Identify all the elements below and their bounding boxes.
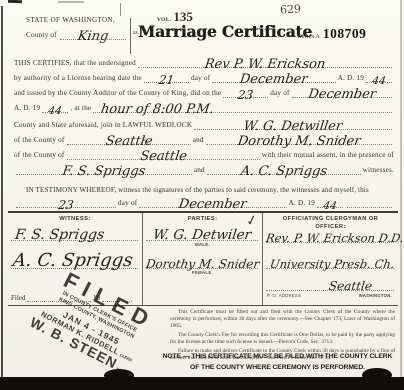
officiant-city-line: Seattle xyxy=(266,290,394,291)
scan-artifact xyxy=(58,1,84,3)
form-line-witnesses: F. S. Spriggs and A. C. Spriggs witnesse… xyxy=(14,162,394,175)
and-label: and xyxy=(194,166,205,175)
county-of-label: of the County of xyxy=(14,136,65,145)
form-line-groom-county: of the County of Seattle and Dorothy M. … xyxy=(14,132,394,145)
groom-county-field: Seattle xyxy=(67,133,191,145)
scan-artifact xyxy=(8,0,22,3)
license-month-field: December xyxy=(212,71,335,83)
series-number: 108709 xyxy=(323,26,367,42)
officiant-church-line: University Presb. Ch. xyxy=(266,268,394,269)
form-line-certifies: THIS CERTIFIES, that the undersigned Rev… xyxy=(14,55,394,68)
male-party-signature: W. G. Detwiler xyxy=(145,229,259,243)
and-label: and xyxy=(193,136,204,145)
witness-column-header: WITNESS: xyxy=(8,216,142,222)
witness1-signature: F. S. Spriggs xyxy=(10,228,139,242)
license-day-field: 21 xyxy=(144,71,189,83)
form-line-auditor: and issued by the County Auditor of the … xyxy=(14,85,394,98)
witness1-field: F. S. Spriggs xyxy=(16,163,192,175)
form-line-time: A. D. 19 44 , at the hour of 8:00 P.M. xyxy=(14,100,394,113)
scan-artifact xyxy=(120,3,121,16)
ceremony-month-field: December xyxy=(292,86,392,98)
day-of-label: day of xyxy=(191,74,210,83)
ceremony-time-field: hour of 8:00 P.M. xyxy=(93,101,392,113)
license-year-field: 44 xyxy=(366,71,392,83)
county-field: King xyxy=(60,28,126,40)
day-of-label: day of xyxy=(270,89,289,98)
form-line-wedlock: County and State aforesaid, join in LAWF… xyxy=(14,117,394,130)
washington-label: WASHINGTON. xyxy=(359,293,392,298)
assent-label: with their mutual assent, in the presenc… xyxy=(262,151,394,160)
scan-edge-right xyxy=(400,0,402,390)
female-party-signature: Dorothy M. Snider xyxy=(145,258,259,270)
page-number-handwritten: 629 xyxy=(280,2,302,16)
series-block: Series A 108709 xyxy=(298,26,366,42)
county-label: County of xyxy=(26,31,57,40)
certificate-title: Marriage Certificate xyxy=(138,22,312,41)
witnesses-label: witnesses. xyxy=(363,166,394,175)
certifies-label: THIS CERTIFIES, that the undersigned xyxy=(14,59,136,68)
female-label: FEMALE. xyxy=(143,270,262,275)
testimony-day-value: 23 xyxy=(15,199,117,211)
series-label: Series A xyxy=(298,33,320,40)
testimony-year-field: 44 xyxy=(317,196,343,208)
testimony-month-field: December xyxy=(139,196,286,208)
officiant-signature-line: Rev. P. W. Erickson D.D. xyxy=(266,242,394,243)
testimony-day-field: 23 xyxy=(16,196,116,208)
witness2-field: A. C. Spriggs xyxy=(207,163,361,175)
wedlock-label: County and State aforesaid, join in LAWF… xyxy=(14,121,192,130)
ceremony-time-value: hour of 8:00 P.M. xyxy=(92,103,392,116)
state-county-block: STATE OF WASHINGTON, County of King xyxy=(26,16,126,40)
witness1-value: F. S. Spriggs xyxy=(15,165,193,178)
scan-edge-left xyxy=(1,6,3,378)
filing-note: NOTE — THIS CERTIFICATE MUST BE FILED WI… xyxy=(158,352,397,374)
bride-name-field: Dorothy M. Snider xyxy=(206,133,392,145)
day-of-label: day of xyxy=(118,199,137,208)
officiant-city: Seattle xyxy=(265,280,395,292)
officiant-column-header: OFFICIATING CLERGYMAN OR OFFICER: xyxy=(279,216,383,231)
ad19-label: A. D. 19 xyxy=(14,104,40,113)
officiant-church: University Presb. Ch. xyxy=(265,259,395,271)
po-address-label: P. O. ADDRESS xyxy=(267,293,301,298)
ceremony-year-field: 44 xyxy=(42,101,68,113)
officiant-column: OFFICIATING CLERGYMAN OR OFFICER: Rev. P… xyxy=(263,213,398,305)
form-line-bride-county: of the County of Seattle with their mutu… xyxy=(14,147,394,160)
county-of-label: of the County of xyxy=(14,151,65,160)
fine-print-para1: This Certificate must be filled out and … xyxy=(170,309,395,330)
county-handwritten-value: King xyxy=(59,29,127,44)
testimony-label: IN TESTIMONY WHEREOF, witness the signat… xyxy=(14,186,369,195)
male-signature-line: W. G. Detwiler xyxy=(146,240,258,241)
parties-column: PARTIES: ✓ W. G. Detwiler MALE. Dorothy … xyxy=(143,213,263,305)
ceremony-day-field: 23 xyxy=(223,86,268,98)
license-label: by authority of a License bearing date t… xyxy=(14,74,142,83)
groom-name-field: W. G. Detwiller xyxy=(194,118,392,130)
ad19-label: A. D. 19 xyxy=(338,74,364,83)
form-line-testimony-date: 23 day of December A. D. 19 44 xyxy=(14,195,394,208)
ceremony-year-value: 44 xyxy=(42,106,69,117)
auditor-label: and issued by the County Auditor of the … xyxy=(14,89,221,98)
witness1-signature-line: F. S. Spriggs xyxy=(11,240,138,241)
fine-print-para2: The County Clerk's Fee for recording thi… xyxy=(170,332,395,346)
male-label: MALE. xyxy=(143,242,262,247)
form-line-license: by authority of a License bearing date t… xyxy=(14,70,394,83)
marriage-certificate-document: STATE OF WASHINGTON, County of King ss. … xyxy=(0,0,404,390)
testimony-year-value: 44 xyxy=(316,201,343,212)
state-label: STATE OF WASHINGTON, xyxy=(26,16,126,24)
form-line-testimony: IN TESTIMONY WHEREOF, witness the signat… xyxy=(14,182,394,195)
officiant-name-field: Rev P. W. Erickson xyxy=(138,56,392,68)
scan-edge-bottom xyxy=(0,377,404,390)
at-the-label: , at the xyxy=(70,104,91,113)
witness2-value: A. C. Spriggs xyxy=(206,165,362,178)
testimony-month-value: December xyxy=(138,198,287,211)
ad19-label: A. D. 19 xyxy=(289,199,315,208)
bride-county-field: Seattle xyxy=(67,148,260,160)
officiant-signature: Rev. P. W. Erickson D.D. xyxy=(265,233,395,245)
empty-dotted-tail xyxy=(347,196,392,208)
female-signature-line: Dorothy M. Snider xyxy=(146,268,258,269)
